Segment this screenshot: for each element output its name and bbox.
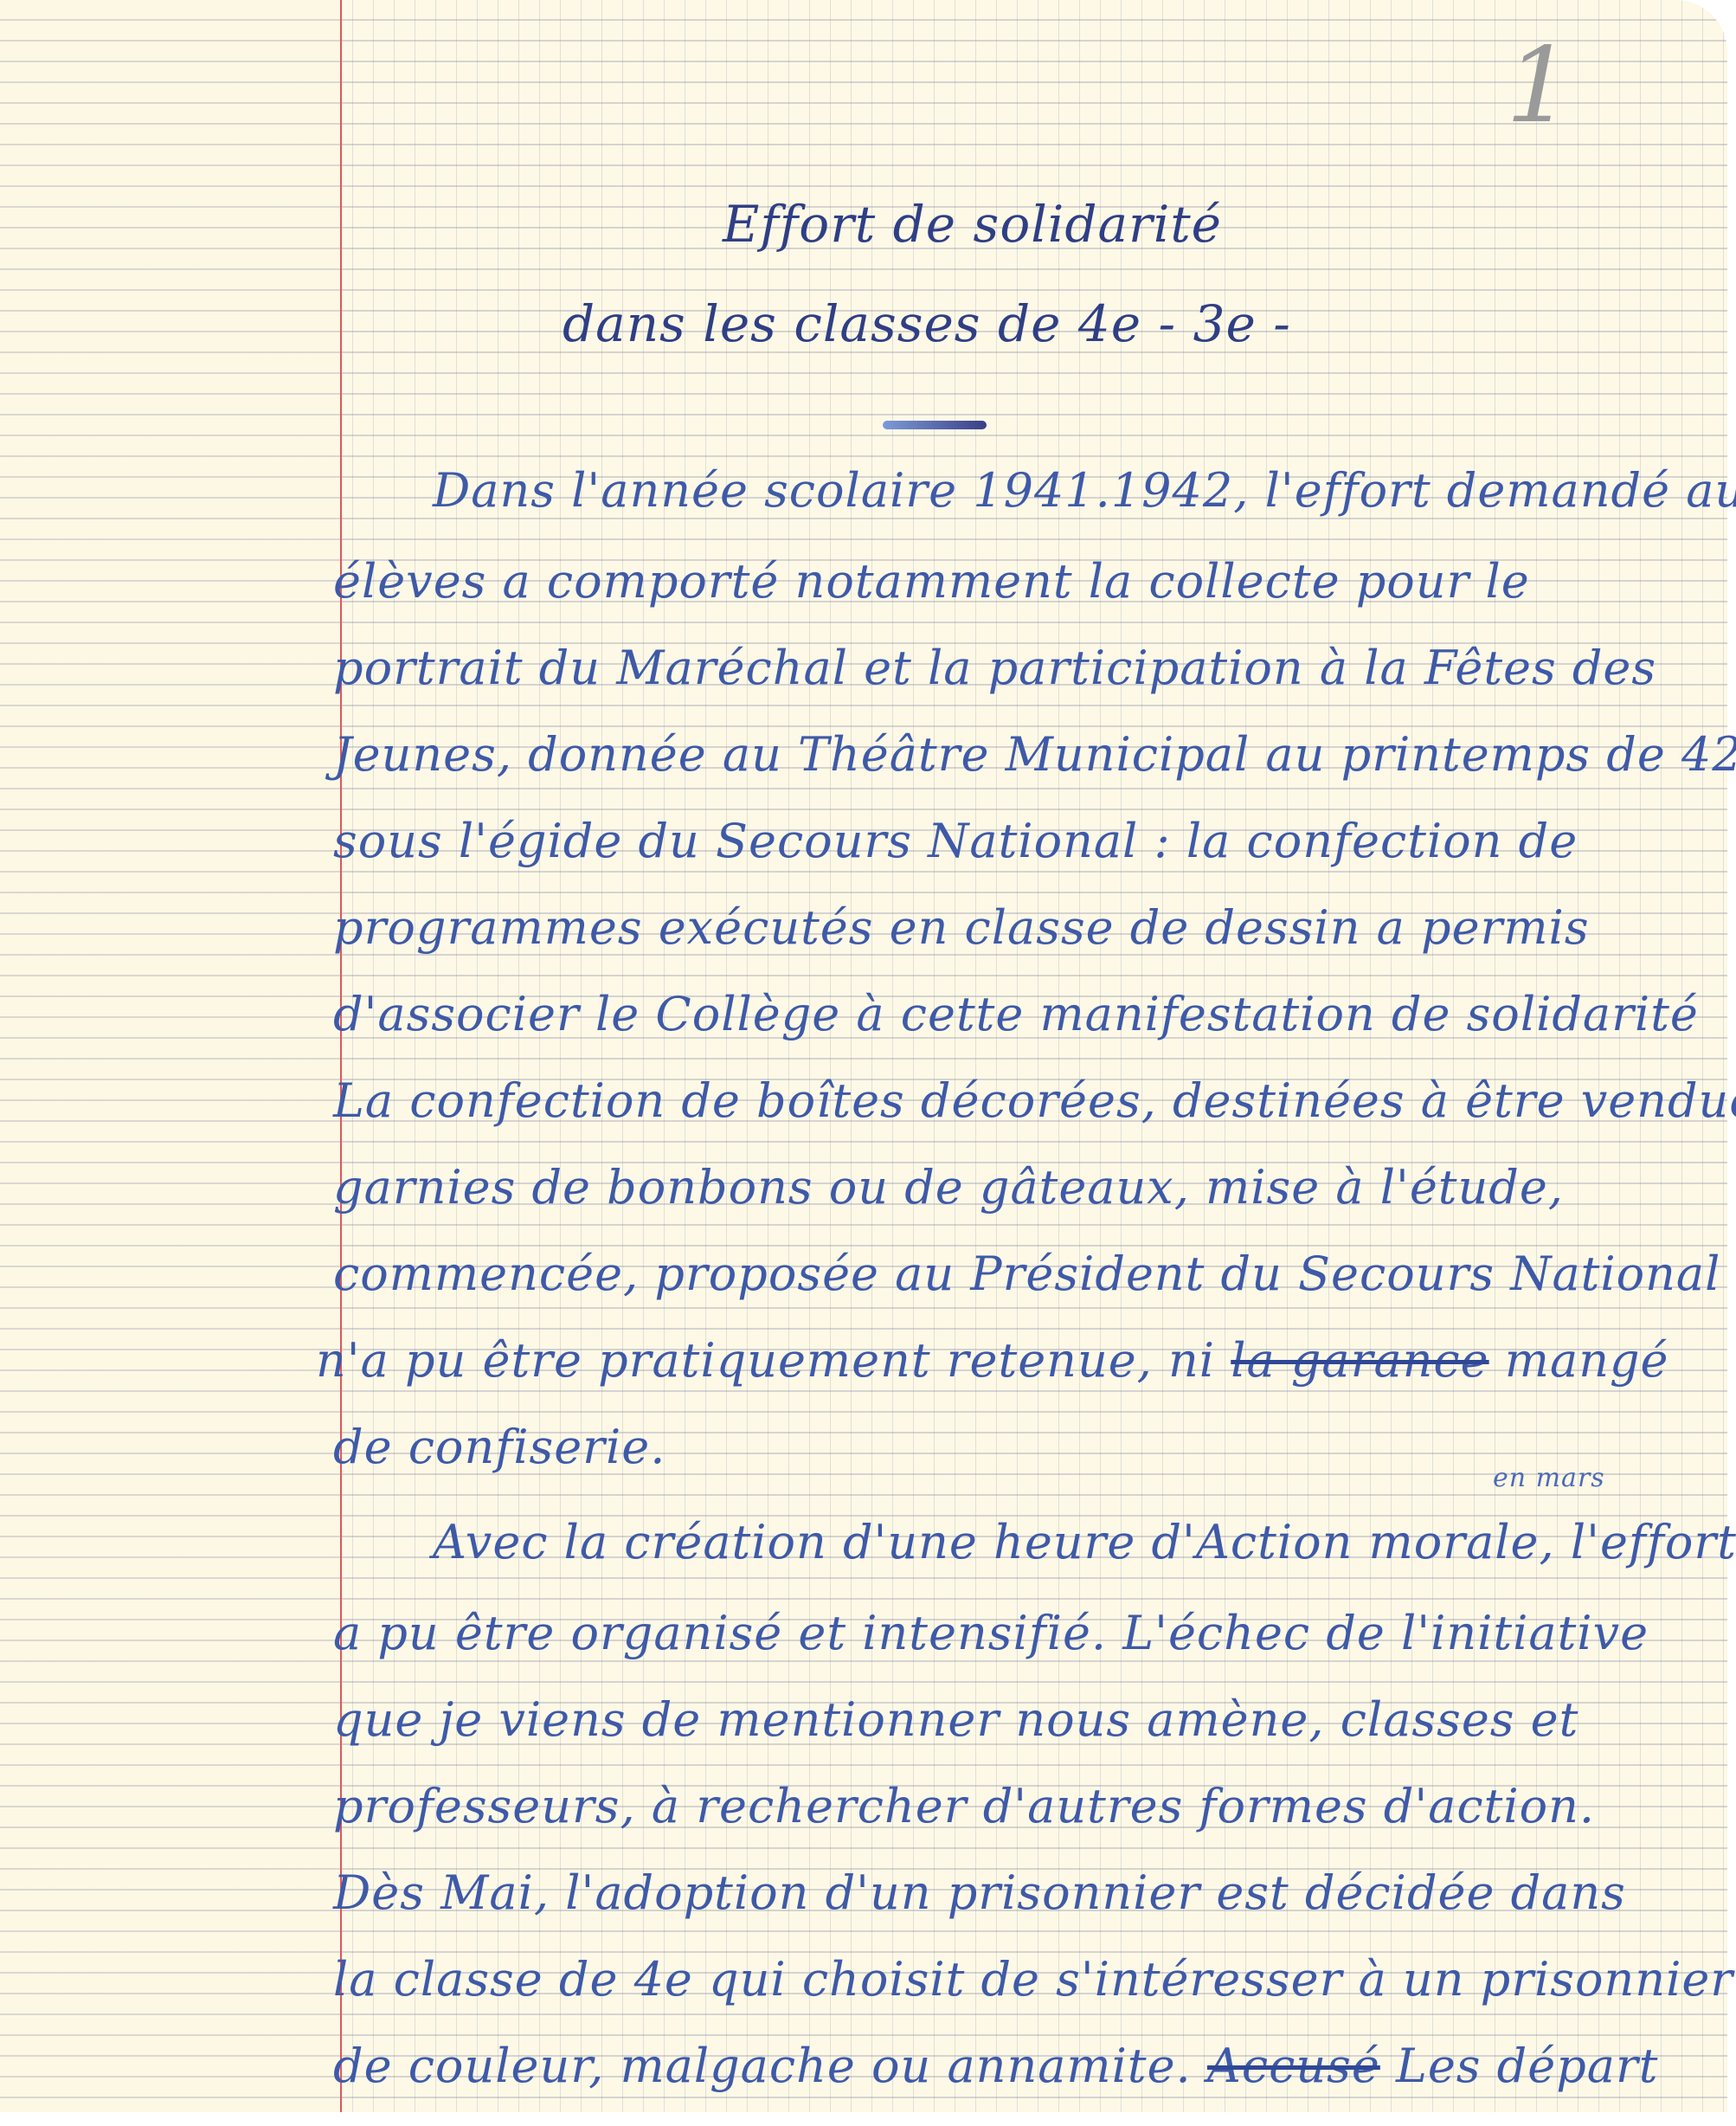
- line-11-text: n'a pu être pratiquement retenue, ni: [316, 1333, 1231, 1388]
- body-line-18: la classe de 4e qui choisit de s'intéres…: [333, 1952, 1733, 2007]
- body-line-6: programmes exécutés en classe de dessin …: [333, 900, 1590, 955]
- line-11-end: mangé: [1489, 1333, 1669, 1388]
- body-line-10: commencée, proposée au Président du Seco…: [333, 1247, 1720, 1301]
- body-line-8: La confection de boîtes décorées, destin…: [333, 1073, 1736, 1128]
- body-line-2: élèves a comporté notamment la collecte …: [333, 554, 1530, 609]
- body-line-5: sous l'égide du Secours National : la co…: [333, 814, 1578, 868]
- line-19-text: de couleur, malgache ou annamite.: [333, 2039, 1207, 2093]
- body-line-7: d'associer le Collège à cette manifestat…: [333, 987, 1699, 1041]
- body-line-14: a pu être organisé et intensifié. L'éche…: [333, 1606, 1649, 1660]
- struck-out-word: la garance: [1231, 1333, 1488, 1388]
- line-19-end: Les départ: [1380, 2039, 1659, 2093]
- title-line-1: Effort de solidarité: [723, 195, 1222, 254]
- body-line-9: garnies de bonbons ou de gâteaux, mise à…: [333, 1160, 1564, 1214]
- margin-insertion: en mars: [1493, 1463, 1605, 1493]
- body-line-16: professeurs, à rechercher d'autres forme…: [333, 1779, 1595, 1833]
- body-line-3: portrait du Maréchal et la participation…: [333, 641, 1656, 695]
- title-line-2: dans les classes de 4e - 3e -: [563, 294, 1291, 353]
- body-line-1: Dans l'année scolaire 1941.1942, l'effor…: [433, 463, 1736, 518]
- body-line-15: que je viens de mentionner nous amène, c…: [333, 1692, 1578, 1747]
- notebook-page: 1 Effort de solidarité dans les classes …: [0, 0, 1727, 2112]
- body-line-19: de couleur, malgache ou annamite. Accusé…: [333, 2039, 1659, 2093]
- title-underline: [883, 421, 987, 429]
- left-margin: [0, 0, 342, 2112]
- body-line-13: Avec la création d'une heure d'Action mo…: [433, 1515, 1736, 1569]
- body-line-12: de confiserie.: [333, 1420, 665, 1474]
- body-line-11: n'a pu être pratiquement retenue, ni la …: [316, 1333, 1669, 1388]
- body-line-17: Dès Mai, l'adoption d'un prisonnier est …: [333, 1865, 1626, 1920]
- body-line-4: Jeunes, donnée au Théâtre Municipal au p…: [333, 727, 1736, 782]
- page-number: 1: [1506, 26, 1572, 146]
- struck-out-word: Accusé: [1207, 2039, 1380, 2093]
